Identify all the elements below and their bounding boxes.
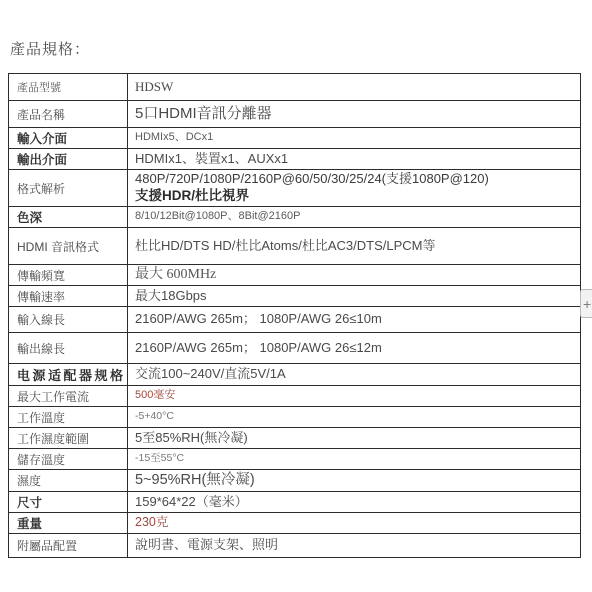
- row-value: HDSW: [128, 74, 580, 100]
- table-row: 工作溫度-5+40°C: [9, 407, 580, 428]
- row-value-text: -15至55°C: [135, 452, 580, 465]
- table-row: 工作濕度範圍5至85%RH(無冷凝): [9, 428, 580, 449]
- table-row: 尺寸159*64*22（毫米）: [9, 492, 580, 513]
- row-value: 500毫安: [128, 386, 580, 406]
- row-value-text: 最大18Gbps: [135, 288, 580, 304]
- row-value-text: 5口HDMI音訊分離器: [135, 105, 580, 124]
- table-row: 產品型號HDSW: [9, 74, 580, 101]
- row-value-text: 杜比HD/DTS HD/杜比Atoms/杜比AC3/DTS/LPCM等: [135, 238, 580, 254]
- row-label: HDMI 音訊格式: [9, 228, 128, 264]
- row-value: 最大18Gbps: [128, 286, 580, 306]
- table-row: 电源适配器规格交流100~240V/直流5V/1A: [9, 364, 580, 386]
- row-value: 5~95%RH(無冷凝): [128, 470, 580, 491]
- row-value: 8/10/12Bit@1080P、8Bit@2160P: [128, 207, 580, 227]
- row-value-text: 5至85%RH(無冷凝): [135, 430, 580, 446]
- row-value-text: HDSW: [135, 79, 580, 95]
- row-value: 5至85%RH(無冷凝): [128, 428, 580, 448]
- table-row: 傳輸速率最大18Gbps: [9, 286, 580, 307]
- row-label: 傳輸頻寬: [9, 265, 128, 285]
- row-value: -5+40°C: [128, 407, 580, 427]
- table-row: 濕度5~95%RH(無冷凝): [9, 470, 580, 492]
- row-value: HDMIx5、DCx1: [128, 128, 580, 148]
- row-value: 杜比HD/DTS HD/杜比Atoms/杜比AC3/DTS/LPCM等: [128, 228, 580, 264]
- row-label: 輸入線長: [9, 307, 128, 332]
- table-row: 色深8/10/12Bit@1080P、8Bit@2160P: [9, 207, 580, 228]
- row-value: 159*64*22（毫米）: [128, 492, 580, 512]
- row-value-text: 說明書、電源支架、照明: [135, 537, 580, 553]
- row-value: -15至55°C: [128, 449, 580, 469]
- table-row: 最大工作電流500毫安: [9, 386, 580, 407]
- plus-icon: +: [583, 297, 591, 311]
- row-label: 輸出介面: [9, 149, 128, 169]
- row-value-text: 交流100~240V/直流5V/1A: [135, 366, 580, 382]
- row-label: 輸出線長: [9, 333, 128, 363]
- zoom-plus-button[interactable]: +: [580, 289, 592, 318]
- row-label: 輸入介面: [9, 128, 128, 148]
- row-value: 2160P/AWG 265m； 1080P/AWG 26≤12m: [128, 333, 580, 363]
- row-label: 工作溫度: [9, 407, 128, 427]
- table-row: 輸出線長2160P/AWG 265m； 1080P/AWG 26≤12m: [9, 333, 580, 364]
- row-value: 2160P/AWG 265m； 1080P/AWG 26≤10m: [128, 307, 580, 332]
- row-label: 產品型號: [9, 74, 128, 100]
- row-value-text: HDMIx1、裝置x1、AUXx1: [135, 151, 580, 167]
- row-value: 說明書、電源支架、照明: [128, 534, 580, 557]
- row-label: 工作濕度範圍: [9, 428, 128, 448]
- row-label: 色深: [9, 207, 128, 227]
- row-value-text: 230克: [135, 515, 580, 531]
- table-row: 附屬品配置說明書、電源支架、照明: [9, 534, 580, 557]
- table-row: HDMI 音訊格式杜比HD/DTS HD/杜比Atoms/杜比AC3/DTS/L…: [9, 228, 580, 265]
- row-label: 儲存溫度: [9, 449, 128, 469]
- row-value: HDMIx1、裝置x1、AUXx1: [128, 149, 580, 169]
- row-label: 濕度: [9, 470, 128, 491]
- row-label: 傳輸速率: [9, 286, 128, 306]
- row-value: 230克: [128, 513, 580, 533]
- table-row: 重量230克: [9, 513, 580, 534]
- row-value-text-line2: 支援HDR/杜比視界: [135, 188, 580, 205]
- row-value-text: 5~95%RH(無冷凝): [135, 471, 580, 489]
- row-label: 尺寸: [9, 492, 128, 512]
- table-row: 傳輸頻寬最大 600MHz: [9, 265, 580, 286]
- table-row: 格式解析480P/720P/1080P/2160P@60/50/30/25/24…: [9, 170, 580, 207]
- row-value-text: 500毫安: [135, 389, 580, 403]
- row-value-text: 最大 600MHz: [135, 266, 580, 284]
- row-label: 电源适配器规格: [9, 364, 128, 385]
- row-label: 格式解析: [9, 170, 128, 206]
- row-value-text: -5+40°C: [135, 410, 580, 423]
- row-value-text: 8/10/12Bit@1080P、8Bit@2160P: [135, 210, 580, 224]
- row-value: 5口HDMI音訊分離器: [128, 101, 580, 127]
- row-value-text: 159*64*22（毫米）: [135, 494, 580, 510]
- row-label: 產品名稱: [9, 101, 128, 127]
- table-row: 輸出介面HDMIx1、裝置x1、AUXx1: [9, 149, 580, 170]
- row-label: 附屬品配置: [9, 534, 128, 557]
- row-value-text: 2160P/AWG 265m； 1080P/AWG 26≤12m: [135, 340, 580, 356]
- table-row: 產品名稱5口HDMI音訊分離器: [9, 101, 580, 128]
- table-row: 輸入線長2160P/AWG 265m； 1080P/AWG 26≤10m: [9, 307, 580, 333]
- row-label: 最大工作電流: [9, 386, 128, 406]
- row-value-text: HDMIx5、DCx1: [135, 131, 580, 145]
- row-value-text: 2160P/AWG 265m； 1080P/AWG 26≤10m: [135, 311, 580, 327]
- row-value: 480P/720P/1080P/2160P@60/50/30/25/24(支援1…: [128, 170, 580, 206]
- table-row: 輸入介面HDMIx5、DCx1: [9, 128, 580, 149]
- spec-table: 產品型號HDSW產品名稱5口HDMI音訊分離器輸入介面HDMIx5、DCx1輸出…: [8, 73, 581, 558]
- row-label: 重量: [9, 513, 128, 533]
- page-title: 產品規格：: [10, 38, 90, 59]
- row-value-text: 480P/720P/1080P/2160P@60/50/30/25/24(支援1…: [135, 171, 580, 187]
- row-value: 交流100~240V/直流5V/1A: [128, 364, 580, 385]
- row-value: 最大 600MHz: [128, 265, 580, 285]
- table-row: 儲存溫度-15至55°C: [9, 449, 580, 470]
